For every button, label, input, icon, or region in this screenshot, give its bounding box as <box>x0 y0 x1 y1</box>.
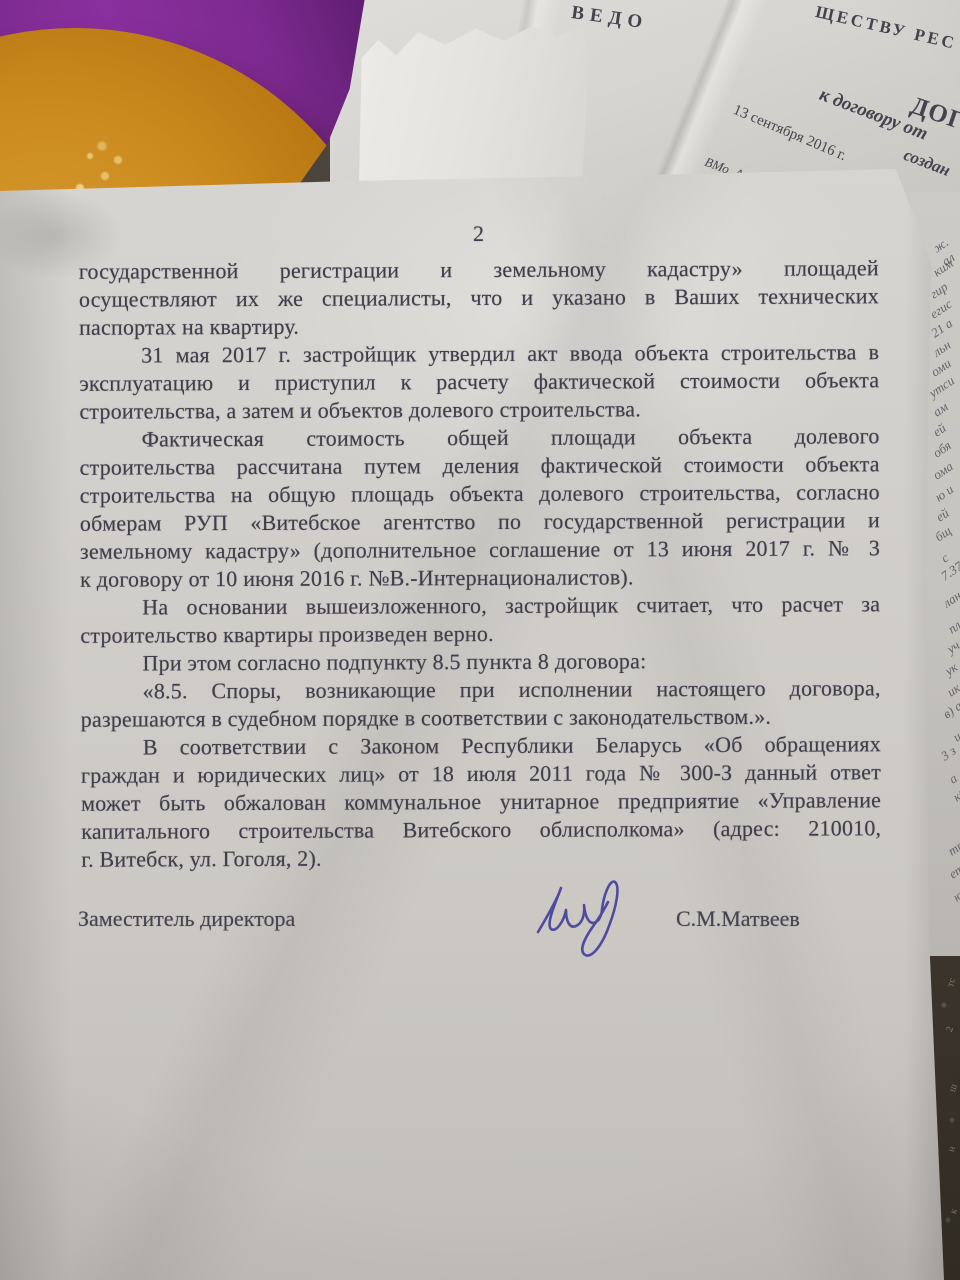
letter-text-line: строительства, а затем и объектов долево… <box>79 394 879 425</box>
letter-text-line: строительство квартиры произведен верно. <box>80 618 880 649</box>
letter-text-line: государственной регистрации и земельному… <box>79 254 879 285</box>
main-document-page: 2 государственной регистрации и земельно… <box>0 0 960 1280</box>
letter-text-line: В соответствии с Законом Республики Бела… <box>81 730 881 761</box>
letter-text-line: строительства рассчитана путем деления ф… <box>80 450 880 481</box>
letter-text-line: капитального строительства Витебского об… <box>81 814 881 845</box>
letter-text-line: «8.5. Споры, возникающие при исполнении … <box>81 674 881 705</box>
page-number: 2 <box>79 218 879 249</box>
letter-paragraphs: государственной регистрации и земельному… <box>79 254 882 873</box>
letter-text-line: граждан и юридических лиц» от 18 июля 20… <box>81 758 881 789</box>
letter-text-line: строительства на общую площадь объекта д… <box>80 478 880 509</box>
letter-text-line: эксплуатацию и приступил к расчету факти… <box>79 366 879 397</box>
letter-text-line: 31 мая 2017 г. застройщик утвердил акт в… <box>79 338 879 369</box>
signature-autograph <box>533 872 625 964</box>
letter-text-line: г. Витебск, ул. Гоголя, 2). <box>81 842 881 873</box>
photo-of-document: гтс2шнк ж. алкимгирегис21 альномиутсиаме… <box>0 0 960 1280</box>
letter-text-line: может быть обжалован коммунальное унитар… <box>81 786 881 817</box>
letter-text-line: паспортах на квартиру. <box>79 310 879 341</box>
letter-text-line: При этом согласно подпункту 8.5 пункта 8… <box>80 646 880 677</box>
letter-text: 2 государственной регистрации и земельно… <box>79 218 882 873</box>
letter-text-line: обмерам РУП «Витебское агентство по госу… <box>80 506 880 537</box>
letter-text-line: к договору от 10 июня 2016 г. №В.-Интерн… <box>80 562 880 593</box>
signature-title: Заместитель директора <box>78 906 295 932</box>
letter-text-line: Фактическая стоимость общей площади объе… <box>79 422 879 453</box>
letter-text-line: осуществляют их же специалисты, что и ук… <box>79 282 879 313</box>
letter-text-line: земельному кадастру» (дополнительное сог… <box>80 534 880 565</box>
letter-text-line: На основании вышеизложенного, застройщик… <box>80 590 880 621</box>
letter-text-line: разрешаются в судебном порядке в соответ… <box>81 702 881 733</box>
signature-name: С.М.Матвеев <box>676 906 800 932</box>
